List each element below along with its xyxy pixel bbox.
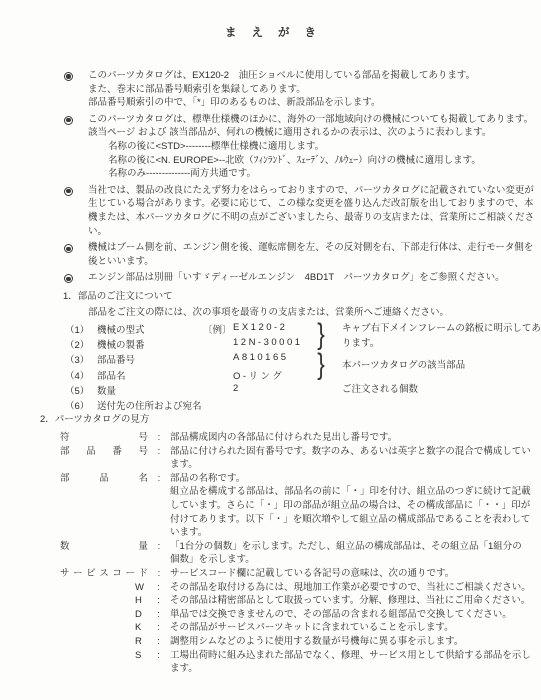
description-line: 組立品を構成する部品は、部品名の前に「・」印を付け、組立品のつぎに続けて記載 [170,485,531,499]
document-page: まえがき このパーツカタログは、EX120-2 油圧ショベルに使用している部品を… [0,0,541,700]
row-number: （5） [65,383,97,397]
row-number: （2） [65,337,97,351]
term-label: サービスコード [60,567,148,581]
quantity-note: ご注文される個数 [342,383,541,398]
service-code-row-d: D : 単品では交換できませんので、その部品の含まれる組部品で交換してください。 [135,608,527,622]
order-example-table: （1） 機械の型式 〔例〕 EX120-2 （2） 機械の製番 12N-3000… [65,322,541,413]
bullet-text: このパーツカタログは、標準仕様機のほかに、海外の一部地域向けの機械についても掲載… [88,113,533,181]
description-line: 部品に付けられた固有番号です。数字のみ、あるいは英字と数字の混合で構成してい [170,445,531,459]
row-label: 部品番号 [97,352,203,366]
preface-bullet-5: エンジン部品は別冊「いすゞディーゼルエンジン 4BD1T パーツカタログ」をご参… [64,271,525,285]
description-line: しています。さらに「・」印の部品が組立品の場合は、その構成部品に「・・」印が [170,499,531,513]
paragraph-line: 後といいます。 [88,255,533,269]
service-code-letter: W [135,581,147,595]
service-code-letter: S [135,649,147,676]
description-line: 「1台分の個数」を示します。ただし、組立品の構成部品は、その組立品「1組分の [170,540,527,554]
term-label: 部品名 [60,472,148,540]
service-code-row-h: H : その部品は精密部品として取扱っています。分解、修理は、当社にご用命くださ… [135,594,527,608]
description-line: ます。 [170,662,531,676]
service-code-description: その部品がサービスパーツキットに含まれていることを示します。 [170,621,527,635]
service-code-description: 単品では交換できませんので、その部品の含まれる組部品で交換してください。 [170,608,527,622]
row-number: （1） [65,322,97,336]
row-label: 機械の製番 [97,337,203,351]
term-description: 部品構成図内の各部品に付けられた見出し番号です。 [170,431,527,445]
term-row-service-code: サービスコード : サービスコード欄に記載している各記号の意味は、次の通りです。 [60,567,527,581]
paragraph-line: 機械はブーム側を前、エンジン側を後、運転席側を左、その反対側を右、下部走行体は、… [88,241,533,255]
term-label: 数量 [60,540,148,567]
description-line: 部品の名称です。 [170,472,531,486]
term-description: 部品に付けられた固有番号です。数字のみ、あるいは英字と数字の混合で構成してい ま… [170,445,531,472]
service-code-letter: D [135,608,147,622]
paragraph-line: また、巻末に部品番号順索引を集録してあります。 [88,83,525,97]
row-label: 送付先の住所および宛名 [97,398,541,412]
term-row-part-number: 部品番号 : 部品に付けられた固有番号です。数字のみ、あるいは英字と数字の混合で… [60,445,527,472]
catalog-part-note: 本パーツカタログの該当部品 [342,359,541,374]
ordering-section: 1．部品のご注文について 部品をご注文の際には、次の事項を最寄りの支店または、営… [0,290,541,413]
bullet-text: 当社では、製品の改良にたえず努力をはらっておりますので、パーツカタログに記載され… [88,184,534,238]
bullseye-circle-icon [64,184,88,238]
paragraph-line: い。 [88,225,534,239]
page-title: まえがき [0,24,541,40]
paragraph-line: 当社では、製品の改良にたえず努力をはらっておりますので、パーツカタログに記載され… [88,184,534,198]
row-number: （3） [65,352,97,366]
description-line: 工場出荷時に組み込まれた部品でなく、修理、サービス用として供給する部品を示し [170,649,531,663]
description-line: 付けてあります。以下「・」を順次増やして組立品の構成部品であることを表わして [170,513,531,527]
spec-legend-both: 名称のみ--------------両方共通です。 [88,167,533,181]
colon: : [147,594,170,608]
example-prefix: 〔例〕 [203,322,233,336]
colon: : [147,635,170,649]
colon: : [148,445,170,472]
spec-legend-std: 名称の後に<STD>--------標準仕様機に適用します。 [88,140,533,154]
service-code-letter: H [135,594,147,608]
term-row-quantity: 数量 : 「1台分の個数」を示します。ただし、組立品の構成部品は、その組立品「1… [60,540,527,567]
bullet-text: エンジン部品は別冊「いすゞディーゼルエンジン 4BD1T パーツカタログ」をご参… [88,271,525,285]
description-line: 調整用シムなどのように使用する数量が号機毎に異る事を示します。 [170,635,527,649]
paragraph-line: このパーツカタログは、標準仕様機のほかに、海外の一部地域向けの機械についても掲載… [88,113,533,127]
preface-bullet-3: 当社では、製品の改良にたえず努力をはらっておりますので、パーツカタログに記載され… [64,184,525,238]
bullet-text: 機械はブーム側を前、エンジン側を後、運転席側を左、その反対側を右、下部走行体は、… [88,241,533,268]
term-row-fugo: 符号 : 部品構成図内の各部品に付けられた見出し番号です。 [60,431,527,445]
paragraph-line: 生じている場合があります。必要に応じて、この様な変更を盛り込んだ改訂版を出してお… [88,197,534,211]
service-code-description: 調整用シムなどのように使用する数量が号機毎に異る事を示します。 [170,635,527,649]
term-description: 部品の名称です。 組立品を構成する部品は、部品名の前に「・」印を付け、組立品のつ… [170,472,531,540]
colon: : [148,540,170,567]
preface-bullet-2: このパーツカタログは、標準仕様機のほかに、海外の一部地域向けの機械についても掲載… [64,113,525,181]
row-label: 機械の型式 [97,322,203,336]
description-line: その部品は精密部品として取扱っています。分解、修理は、当社にご用命ください。 [170,594,530,608]
paragraph-line: エンジン部品は別冊「いすゞディーゼルエンジン 4BD1T パーツカタログ」をご参… [88,271,525,285]
spec-legend-europe: 名称の後に<N. EUROPE>--北欧（ﾌｨﾝﾗﾝﾄﾞ、ｽｪｰﾃﾞﾝ、ﾉﾙｳｪ… [88,154,533,168]
service-code-row-r: R : 調整用シムなどのように使用する数量が号機毎に異る事を示します。 [135,635,527,649]
bullet-text: このパーツカタログは、EX120-2 油圧ショベルに使用している部品を掲載してあ… [88,69,525,110]
bullseye-circle-icon [64,271,88,285]
preface-bullet-1: このパーツカタログは、EX120-2 油圧ショベルに使用している部品を掲載してあ… [64,69,525,110]
description-line: 単品では交換できませんので、その部品の含まれる組部品で交換してください。 [170,608,527,622]
term-label: 符号 [60,431,148,445]
preface-bullet-4: 機械はブーム側を前、エンジン側を後、運転席側を左、その反対側を右、下部走行体は、… [64,241,525,268]
description-line: ます。 [170,458,531,472]
brace-machine-rows: } [317,320,325,350]
term-description: 「1台分の個数」を示します。ただし、組立品の構成部品は、その組立品「1組分の 個… [170,540,527,567]
description-line: います。 [170,526,531,540]
row-label: 数量 [97,383,203,397]
colon: : [147,621,170,635]
service-code-row-s: S : 工場出荷時に組み込まれた部品でなく、修理、サービス用として供給する部品を… [135,649,527,676]
service-code-row-w: W : その部品を取付ける為には、現地加工作業が必要ですので、当社にご相談くださ… [135,581,527,595]
row-label: 部品名 [97,368,203,382]
how-to-read-section: 2．パーツカタログの見方 符号 : 部品構成図内の各部品に付けられた見出し番号で… [0,413,527,676]
service-code-letter: K [135,621,147,635]
colon: : [147,608,170,622]
description-line: 個数」を示します。 [170,553,527,567]
paragraph-line: 該当ページ および 該当部品が、何れの機械に適用されるかの表示は、次のように表わ… [88,126,533,140]
colon: : [147,581,170,595]
paragraph-line: このパーツカタログは、EX120-2 油圧ショベルに使用している部品を掲載してあ… [88,69,525,83]
section2-heading: 2．パーツカタログの見方 [40,413,527,427]
service-code-letter: R [135,635,147,649]
bullseye-circle-icon [64,113,88,181]
table-row: （6） 送付先の住所および宛名 [65,398,541,413]
colon: : [148,431,170,445]
service-code-row-k: K : その部品がサービスパーツキットに含まれていることを示します。 [135,621,527,635]
row-number: （4） [65,368,97,382]
term-row-part-name: 部品名 : 部品の名称です。 組立品を構成する部品は、部品名の前に「・」印を付け… [60,472,527,540]
colon: : [147,649,170,676]
section1-heading: 1．部品のご注文について [63,290,541,304]
term-description: サービスコード欄に記載している各記号の意味は、次の通りです。 [170,567,527,581]
preface-section: このパーツカタログは、EX120-2 油圧ショベルに使用している部品を掲載してあ… [64,69,525,288]
brace-part-rows: } [317,350,325,380]
service-code-description: その部品を取付ける為には、現地加工作業が必要ですので、当社にご相談ください。 [170,581,531,595]
colon: : [148,567,170,581]
description-line: その部品を取付ける為には、現地加工作業が必要ですので、当社にご相談ください。 [170,581,531,595]
description-line: その部品がサービスパーツキットに含まれていることを示します。 [170,621,527,635]
term-label: 部品番号 [60,445,148,472]
bullseye-circle-icon [64,69,88,110]
description-line: サービスコード欄に記載している各記号の意味は、次の通りです。 [170,567,527,581]
service-code-description: 工場出荷時に組み込まれた部品でなく、修理、サービス用として供給する部品を示し ま… [170,649,531,676]
description-line: 部品構成図内の各部品に付けられた見出し番号です。 [170,431,527,445]
row-number: （6） [65,398,97,412]
machine-id-note: キャブ右下メインフレームの銘板に明示してあります。 [342,322,541,351]
bullseye-circle-icon [64,241,88,268]
section1-intro: 部品をご注文の際には、次の事項を最寄りの支店または、営業所へご連絡ください。 [88,305,541,320]
service-code-description: その部品は精密部品として取扱っています。分解、修理は、当社にご用命ください。 [170,594,530,608]
colon: : [148,472,170,540]
paragraph-line: 機または、本パーツカタログに不明の点がございましたら、最寄りの支店または、営業所… [88,211,534,225]
paragraph-line: 部品番号順索引の中で、「*」印のあるものは、新設部品を示します。 [88,96,525,110]
